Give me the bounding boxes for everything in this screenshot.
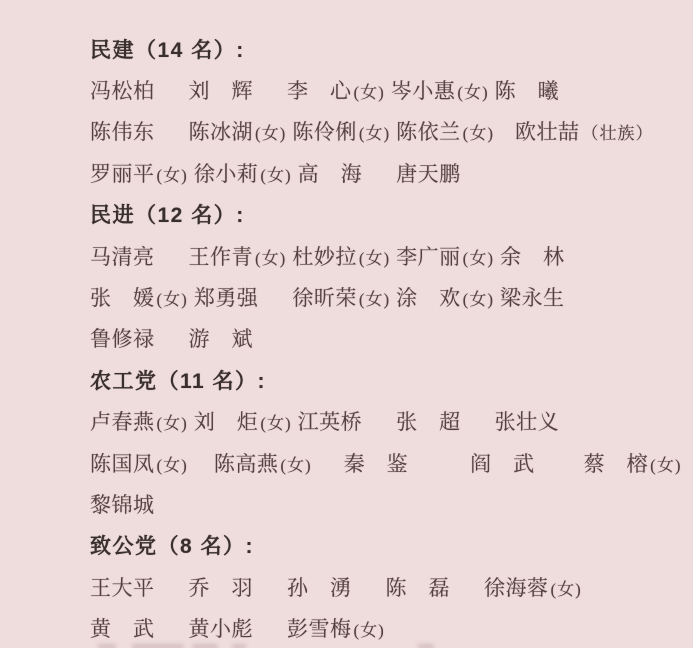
gender-ethnic-tag: (女): [463, 244, 494, 269]
person-name: 马清亮: [90, 241, 155, 271]
name-row: 王大平乔 羽孙 湧陈 磊徐海蓉(女): [90, 566, 693, 607]
name-cell: 徐海蓉(女): [484, 572, 584, 602]
name-cell: 岑小惠(女): [391, 75, 491, 105]
person-name: 王作青: [189, 241, 254, 271]
gender-ethnic-tag: (女): [157, 409, 188, 434]
person-name: 刘 炬: [194, 406, 259, 436]
name-row: 冯松柏刘 辉李 心(女)岑小惠(女)陈 曦: [90, 69, 693, 110]
gender-ethnic-tag: (女): [463, 285, 494, 310]
gender-ethnic-tag: (女): [255, 244, 286, 269]
section-header: 民建（14 名）:: [90, 28, 693, 69]
name-row: 黄 武黄小彪彭雪梅(女): [90, 607, 693, 648]
person-name: 徐海蓉: [484, 572, 549, 602]
person-name: 张 媛: [90, 282, 155, 312]
name-cell: 刘 炬(女): [194, 406, 294, 436]
person-name: 陈 曦: [495, 75, 560, 105]
gender-ethnic-tag: (女): [157, 285, 188, 310]
section-header: 农工党（11 名）:: [90, 359, 693, 400]
gender-ethnic-tag: (女): [260, 161, 291, 186]
name-row: 鲁修禄游 斌: [90, 318, 693, 359]
person-name: 唐天鹏: [396, 158, 461, 188]
person-name: 黄小彪: [189, 613, 254, 643]
person-name: 游 斌: [189, 323, 254, 353]
name-cell: 陈 曦: [495, 75, 560, 105]
name-cell: 高 海: [298, 158, 363, 188]
person-name: 岑小惠: [391, 75, 456, 105]
person-name: 王大平: [90, 572, 155, 602]
gender-ethnic-tag: (女): [463, 119, 494, 144]
name-cell: 王作青(女): [189, 241, 289, 271]
person-name: 彭雪梅: [287, 613, 352, 643]
person-name: 鲁修禄: [90, 323, 155, 353]
person-name: 郑勇强: [194, 282, 259, 312]
person-name: 梁永生: [500, 282, 565, 312]
person-name: 陈依兰: [396, 116, 461, 146]
name-row: 黎锦城: [90, 483, 693, 524]
name-cell: 张壮义: [495, 406, 560, 436]
cutoff-text-fragment: [98, 644, 116, 648]
name-cell: 秦 鉴: [344, 448, 409, 478]
cutoff-text-fragment: [192, 644, 218, 648]
person-name: 孙 湧: [287, 572, 352, 602]
name-cell: 陈高燕(女): [214, 448, 314, 478]
name-cell: 涂 欢(女): [396, 282, 496, 312]
name-cell: 欧壮喆（壮族）: [515, 116, 656, 146]
cutoff-text-fragment: [132, 644, 184, 648]
name-list: 民建（14 名）:冯松柏刘 辉李 心(女)岑小惠(女)陈 曦陈伟东陈冰湖(女)陈…: [90, 28, 693, 648]
person-name: 张 超: [396, 406, 461, 436]
name-cell: 罗丽平(女): [90, 158, 190, 188]
name-row: 卢春燕(女)刘 炬(女)江英桥张 超张壮义: [90, 401, 693, 442]
name-cell: 徐小莉(女): [194, 158, 294, 188]
name-cell: 陈冰湖(女): [189, 116, 289, 146]
name-cell: 张 媛(女): [90, 282, 190, 312]
name-cell: 阎 武: [470, 448, 535, 478]
name-cell: 乔 羽: [189, 572, 254, 602]
person-name: 徐小莉: [194, 158, 259, 188]
gender-ethnic-tag: (女): [354, 616, 385, 641]
name-cell: 杜妙拉(女): [292, 241, 392, 271]
name-cell: 孙 湧: [287, 572, 352, 602]
person-name: 陈国凤: [90, 448, 155, 478]
name-cell: 刘 辉: [189, 75, 254, 105]
name-cell: 卢春燕(女): [90, 406, 190, 436]
name-cell: 梁永生: [500, 282, 565, 312]
person-name: 黎锦城: [90, 489, 155, 519]
person-name: 卢春燕: [90, 406, 155, 436]
gender-ethnic-tag: (女): [359, 244, 390, 269]
person-name: 陈高燕: [214, 448, 279, 478]
name-cell: 李广丽(女): [396, 241, 496, 271]
person-name: 阎 武: [470, 448, 535, 478]
name-cell: 黎锦城: [90, 489, 155, 519]
cutoff-text-fragment: [232, 644, 246, 648]
person-name: 李广丽: [396, 241, 461, 271]
name-row: 陈国凤(女)陈高燕(女)秦 鉴阎 武蔡 榕(女): [90, 442, 693, 483]
person-name: 欧壮喆: [515, 116, 580, 146]
name-cell: 陈国凤(女): [90, 448, 190, 478]
person-name: 罗丽平: [90, 158, 155, 188]
cutoff-text-fragment: [418, 644, 434, 648]
gender-ethnic-tag: (女): [457, 78, 488, 103]
name-cell: 黄小彪: [189, 613, 254, 643]
gender-ethnic-tag: (女): [157, 451, 188, 476]
person-name: 江英桥: [298, 406, 363, 436]
document-page: 民建（14 名）:冯松柏刘 辉李 心(女)岑小惠(女)陈 曦陈伟东陈冰湖(女)陈…: [0, 0, 693, 648]
name-cell: 陈伟东: [90, 116, 155, 146]
name-cell: 鲁修禄: [90, 323, 155, 353]
gender-ethnic-tag: (女): [359, 119, 390, 144]
name-cell: 游 斌: [189, 323, 254, 353]
name-cell: 李 心(女): [287, 75, 387, 105]
name-row: 罗丽平(女)徐小莉(女)高 海唐天鹏: [90, 152, 693, 193]
section-header: 民进（12 名）:: [90, 194, 693, 235]
gender-ethnic-tag: (女): [551, 575, 582, 600]
person-name: 陈 磊: [386, 572, 451, 602]
person-name: 张壮义: [495, 406, 560, 436]
gender-ethnic-tag: (女): [280, 451, 311, 476]
name-cell: 王大平: [90, 572, 155, 602]
name-cell: 陈伶俐(女): [292, 116, 392, 146]
person-name: 乔 羽: [189, 572, 254, 602]
person-name: 涂 欢: [396, 282, 461, 312]
name-cell: 唐天鹏: [396, 158, 461, 188]
name-cell: 蔡 榕(女): [584, 448, 684, 478]
person-name: 陈冰湖: [189, 116, 254, 146]
person-name: 李 心: [287, 75, 352, 105]
name-cell: 徐昕荣(女): [292, 282, 392, 312]
name-cell: 冯松柏: [90, 75, 155, 105]
person-name: 高 海: [298, 158, 363, 188]
name-cell: 余 林: [500, 241, 565, 271]
gender-ethnic-tag: (女): [650, 451, 681, 476]
person-name: 冯松柏: [90, 75, 155, 105]
name-row: 陈伟东陈冰湖(女)陈伶俐(女)陈依兰(女)欧壮喆（壮族）: [90, 111, 693, 152]
person-name: 余 林: [500, 241, 565, 271]
gender-ethnic-tag: （壮族）: [581, 119, 653, 144]
person-name: 陈伶俐: [292, 116, 357, 146]
name-cell: 彭雪梅(女): [287, 613, 387, 643]
name-row: 张 媛(女)郑勇强徐昕荣(女)涂 欢(女)梁永生: [90, 276, 693, 317]
person-name: 黄 武: [90, 613, 155, 643]
gender-ethnic-tag: (女): [354, 78, 385, 103]
name-cell: 陈 磊: [386, 572, 451, 602]
gender-ethnic-tag: (女): [157, 161, 188, 186]
person-name: 秦 鉴: [344, 448, 409, 478]
name-cell: 郑勇强: [194, 282, 259, 312]
name-cell: 马清亮: [90, 241, 155, 271]
person-name: 刘 辉: [189, 75, 254, 105]
person-name: 杜妙拉: [292, 241, 357, 271]
person-name: 陈伟东: [90, 116, 155, 146]
section-header: 致公党（8 名）:: [90, 525, 693, 566]
name-cell: 陈依兰(女): [396, 116, 496, 146]
name-row: 马清亮王作青(女)杜妙拉(女)李广丽(女)余 林: [90, 235, 693, 276]
name-cell: 江英桥: [298, 406, 363, 436]
gender-ethnic-tag: (女): [359, 285, 390, 310]
gender-ethnic-tag: (女): [260, 409, 291, 434]
person-name: 蔡 榕: [584, 448, 649, 478]
gender-ethnic-tag: (女): [255, 119, 286, 144]
name-cell: 张 超: [396, 406, 461, 436]
person-name: 徐昕荣: [292, 282, 357, 312]
name-cell: 黄 武: [90, 613, 155, 643]
